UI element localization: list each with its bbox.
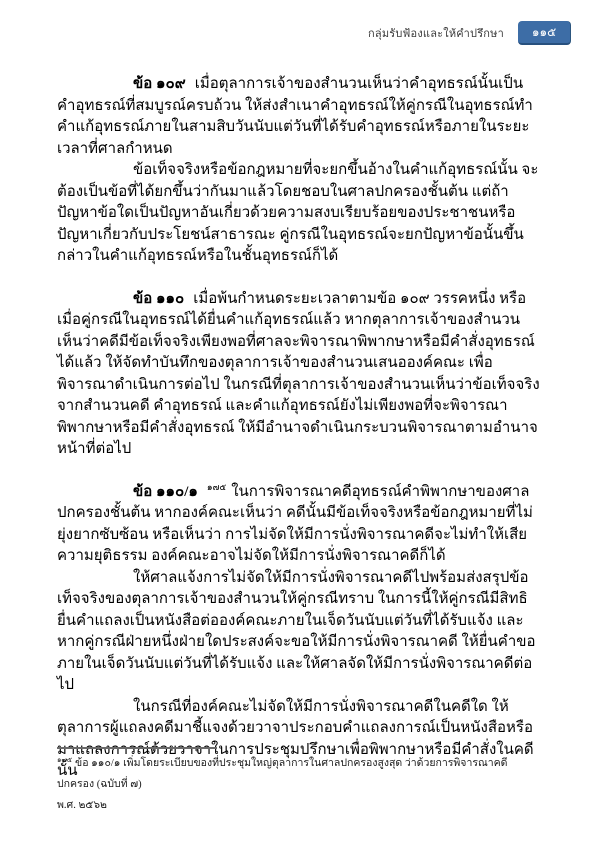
footnote-separator [57,747,217,749]
document-page: กลุ่มรับฟ้องและให้คำปรึกษา ๑๑๕ ข้อ ๑๐๙เม… [0,0,595,842]
section-110-paragraph-1: ข้อ ๑๑๐เมื่อพ้นกำหนดระยะเวลาตามข้อ ๑๐๙ ว… [57,289,541,461]
section-109-text-1: เมื่อตุลาการเจ้าของสำนวนเห็นว่าคำอุทธรณ์… [57,76,533,157]
section-110-1-footnote-marker: ๑๗๕ [207,482,226,492]
section-110-heading: ข้อ ๑๑๐ [133,291,184,307]
header-group-label: กลุ่มรับฟ้องและให้คำปรึกษา [368,24,504,42]
document-body: ข้อ ๑๐๙เมื่อตุลาการเจ้าของสำนวนเห็นว่าคำ… [57,74,541,783]
section-110-text-1: เมื่อพ้นกำหนดระยะเวลาตามข้อ ๑๐๙ วรรคหนึ่… [57,291,540,458]
section-110-1-paragraph-1: ข้อ ๑๑๐/๑๑๗๕ในการพิจารณาคดีอุทธรณ์คำพิพา… [57,482,541,568]
section-110-1-paragraph-2: ให้ศาลแจ้งการไม่จัดให้มีการนั่งพิจารณาคด… [57,568,541,697]
section-110-1: ข้อ ๑๑๐/๑๑๗๕ในการพิจารณาคดีอุทธรณ์คำพิพา… [57,482,541,783]
page-number-badge: ๑๑๕ [518,21,571,45]
section-110: ข้อ ๑๑๐เมื่อพ้นกำหนดระยะเวลาตามข้อ ๑๐๙ ว… [57,289,541,461]
section-109-paragraph-2: ข้อเท็จจริงหรือข้อกฎหมายที่จะยกขึ้นอ้างใ… [57,160,541,268]
footnote-line-2: พ.ศ. ๒๕๖๒ [57,795,543,816]
section-109-paragraph-1: ข้อ ๑๐๙เมื่อตุลาการเจ้าของสำนวนเห็นว่าคำ… [57,74,541,160]
section-109: ข้อ ๑๐๙เมื่อตุลาการเจ้าของสำนวนเห็นว่าคำ… [57,74,541,268]
section-110-1-text-1: ในการพิจารณาคดีอุทธรณ์คำพิพากษาของศาลปกค… [57,484,533,565]
page-header: กลุ่มรับฟ้องและให้คำปรึกษา ๑๑๕ [368,21,571,45]
footnote-ref-marker: ๑๗๕ [57,756,72,764]
section-110-1-heading: ข้อ ๑๑๐/๑ [133,484,198,500]
footnote-line-1: ๑๗๕ข้อ ๑๑๐/๑ เพิ่มโดยระเบียบของที่ประชุม… [57,753,543,795]
section-109-heading: ข้อ ๑๐๙ [133,76,186,92]
footnote: ๑๗๕ข้อ ๑๑๐/๑ เพิ่มโดยระเบียบของที่ประชุม… [57,753,543,816]
footnote-text: ข้อ ๑๑๐/๑ เพิ่มโดยระเบียบของที่ประชุมใหญ… [57,758,507,790]
